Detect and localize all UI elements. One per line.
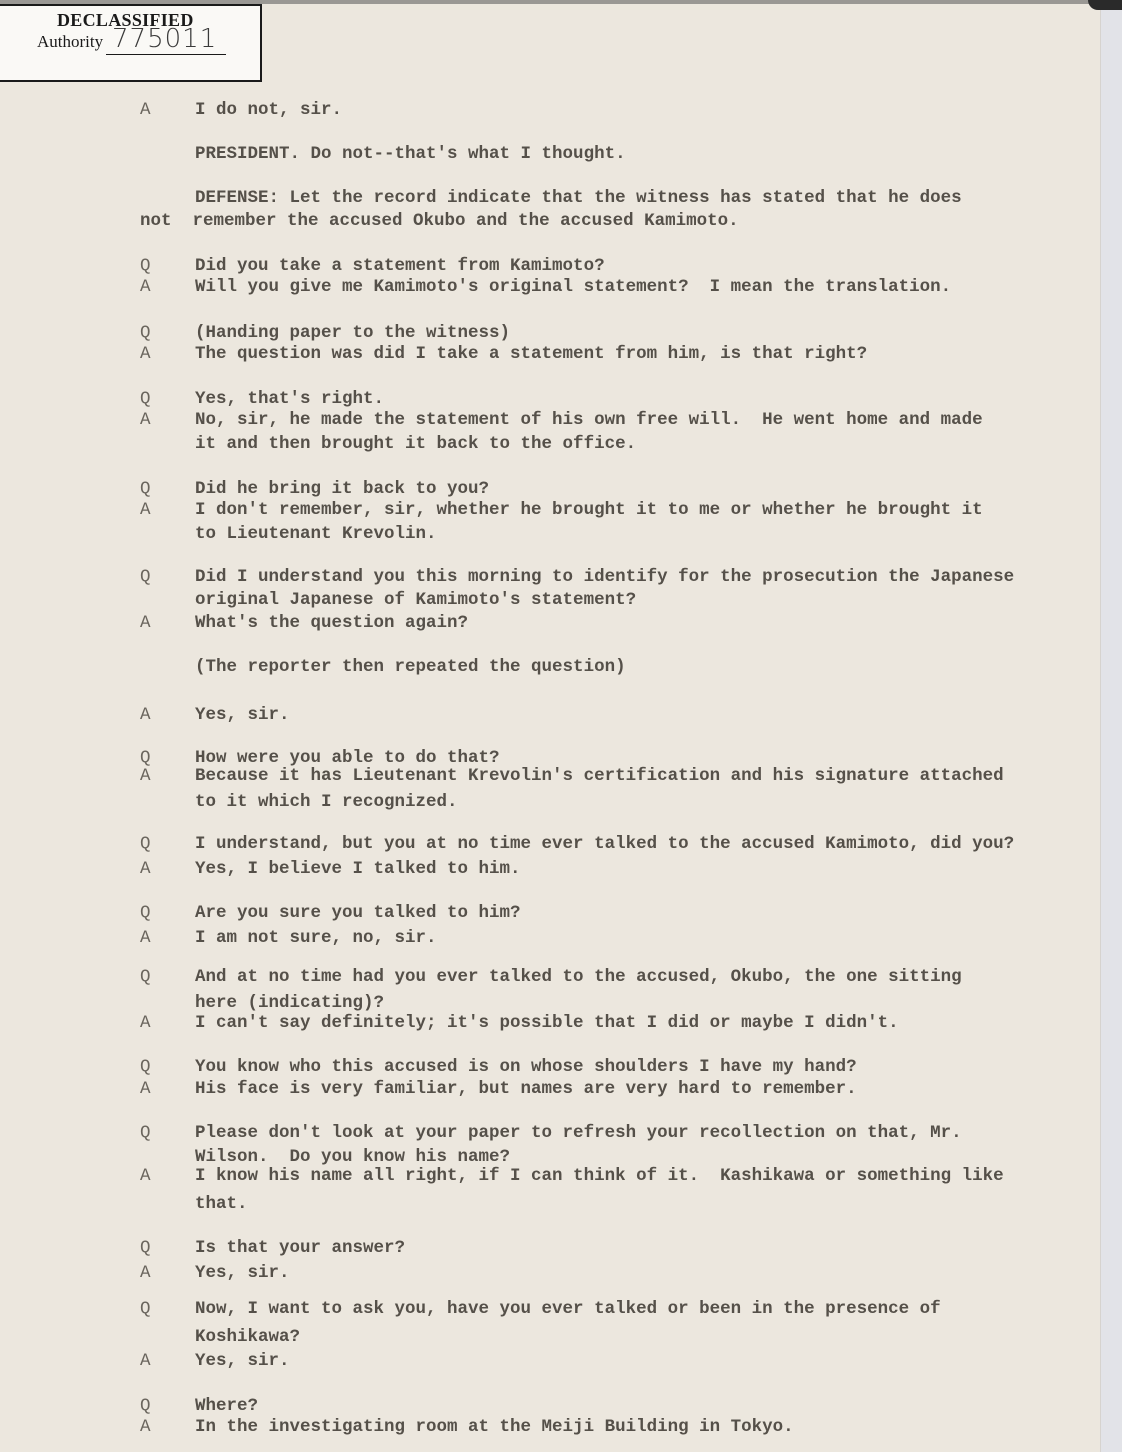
- question-marker: Q: [140, 834, 151, 854]
- question-marker: Q: [140, 479, 151, 499]
- transcript-line: Yes, I believe I talked to him.: [195, 859, 521, 879]
- transcript-line: Wilson. Do you know his name?: [195, 1147, 510, 1167]
- question-marker: Q: [140, 1299, 151, 1319]
- transcript-line: Now, I want to ask you, have you ever ta…: [195, 1299, 941, 1319]
- transcript-line: I don't remember, sir, whether he brough…: [195, 500, 983, 520]
- transcript-line: Yes, sir.: [195, 1351, 290, 1371]
- transcript-line: I am not sure, no, sir.: [195, 928, 437, 948]
- answer-marker: A: [140, 613, 151, 633]
- question-marker: Q: [140, 389, 151, 409]
- transcript-line: here (indicating)?: [195, 993, 384, 1013]
- answer-marker: A: [140, 1013, 151, 1033]
- answer-marker: A: [140, 410, 151, 430]
- question-marker: Q: [140, 967, 151, 987]
- question-marker: Q: [140, 1123, 151, 1143]
- answer-marker: A: [140, 1079, 151, 1099]
- question-marker: Q: [140, 1057, 151, 1077]
- transcript-line: PRESIDENT. Do not--that's what I thought…: [195, 144, 626, 164]
- transcript-line: I know his name all right, if I can thin…: [195, 1166, 1004, 1186]
- question-marker: Q: [140, 1396, 151, 1416]
- answer-marker: A: [140, 859, 151, 879]
- transcript-line: I understand, but you at no time ever ta…: [195, 834, 1014, 854]
- transcript-line: Is that your answer?: [195, 1238, 405, 1258]
- answer-marker: A: [140, 766, 151, 786]
- transcript-line: to it which I recognized.: [195, 792, 458, 812]
- question-marker: Q: [140, 903, 151, 923]
- answer-marker: A: [140, 1417, 151, 1437]
- answer-marker: A: [140, 1351, 151, 1371]
- transcript-line: Koshikawa?: [195, 1327, 300, 1347]
- transcript-line: Will you give me Kamimoto's original sta…: [195, 277, 951, 297]
- transcript-line: DEFENSE: Let the record indicate that th…: [195, 188, 962, 208]
- transcript-line: (Handing paper to the witness): [195, 323, 510, 343]
- question-marker: Q: [140, 567, 151, 587]
- answer-marker: A: [140, 928, 151, 948]
- answer-marker: A: [140, 1263, 151, 1283]
- transcript-line: I do not, sir.: [195, 100, 342, 120]
- transcript-line: Yes, sir.: [195, 1263, 290, 1283]
- transcript-line: Yes, sir.: [195, 705, 290, 725]
- question-marker: Q: [140, 323, 151, 343]
- transcript-line: Where?: [195, 1396, 258, 1416]
- transcript-line: original Japanese of Kamimoto's statemen…: [195, 590, 636, 610]
- answer-marker: A: [140, 1166, 151, 1186]
- transcript-line: I can't say definitely; it's possible th…: [195, 1013, 899, 1033]
- transcript-line: Yes, that's right.: [195, 389, 384, 409]
- transcript-line: No, sir, he made the statement of his ow…: [195, 410, 983, 430]
- transcript-line: to Lieutenant Krevolin.: [195, 524, 437, 544]
- transcript-line: Did you take a statement from Kamimoto?: [195, 256, 605, 276]
- transcript-line: (The reporter then repeated the question…: [195, 657, 626, 677]
- transcript-line: And at no time had you ever talked to th…: [195, 967, 962, 987]
- transcript-line: it and then brought it back to the offic…: [195, 434, 636, 454]
- scan-right-edge: [1100, 0, 1122, 1452]
- transcript-line: Did I understand you this morning to ide…: [195, 567, 1014, 587]
- transcript-line: In the investigating room at the Meiji B…: [195, 1417, 794, 1437]
- question-marker: Q: [140, 748, 151, 768]
- answer-marker: A: [140, 277, 151, 297]
- answer-marker: A: [140, 344, 151, 364]
- transcript-line: that.: [195, 1194, 248, 1214]
- transcript-line: Please don't look at your paper to refre…: [195, 1123, 962, 1143]
- transcript-line: His face is very familiar, but names are…: [195, 1079, 857, 1099]
- transcript-line: not remember the accused Okubo and the a…: [140, 211, 739, 231]
- question-marker: Q: [140, 1238, 151, 1258]
- answer-marker: A: [140, 500, 151, 520]
- transcript-line: Did he bring it back to you?: [195, 479, 489, 499]
- transcript-line: The question was did I take a statement …: [195, 344, 867, 364]
- question-marker: Q: [140, 256, 151, 276]
- transcript-body: AI do not, sir.PRESIDENT. Do not--that's…: [0, 0, 1100, 1452]
- transcript-line: Because it has Lieutenant Krevolin's cer…: [195, 766, 1004, 786]
- transcript-line: Are you sure you talked to him?: [195, 903, 521, 923]
- answer-marker: A: [140, 705, 151, 725]
- transcript-line: How were you able to do that?: [195, 748, 500, 768]
- transcript-line: You know who this accused is on whose sh…: [195, 1057, 857, 1077]
- transcript-line: What's the question again?: [195, 613, 468, 633]
- answer-marker: A: [140, 100, 151, 120]
